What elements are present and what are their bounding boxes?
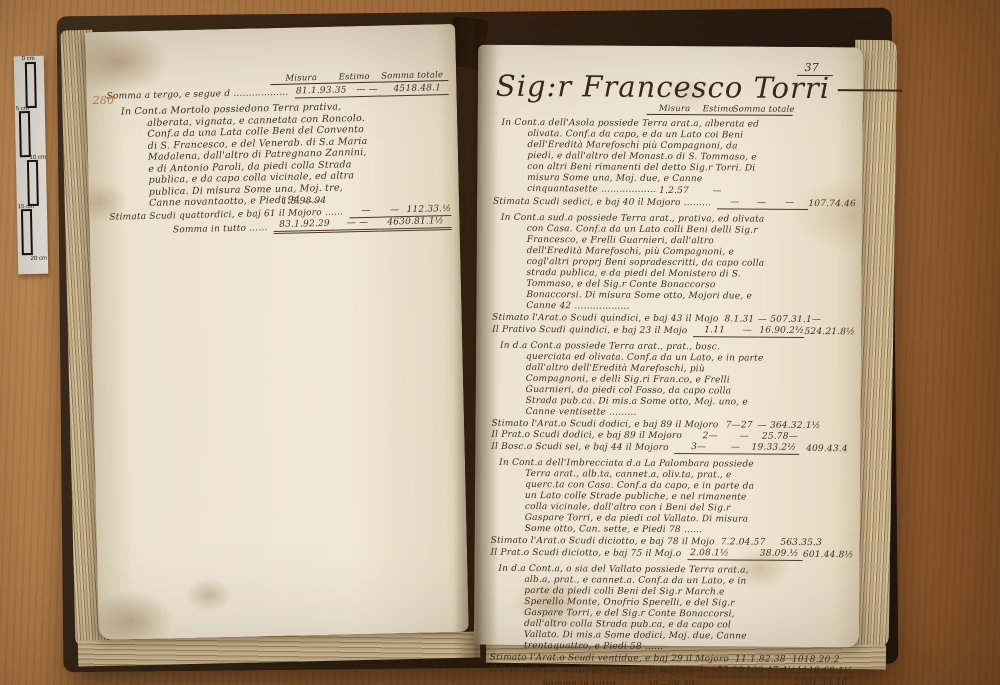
column-estimo: Estimo — [332, 72, 376, 84]
column-estimo: Estimo — [703, 104, 733, 115]
left-folio-number: 280 — [93, 94, 115, 107]
row-label: Stimato l'Arat.o Scudi ventidue, e baj 2… — [490, 653, 735, 666]
left-page: 280 Misura Estimo Somma totale Somma a t… — [85, 24, 469, 640]
total-value: 1118.68.1½ — [796, 666, 853, 678]
misura-value: 7—27 — [724, 420, 754, 431]
somma-value: 25.78— — [756, 432, 804, 443]
misura-value: 39—68.30 — [643, 680, 699, 685]
row-label: Stimato l'Arat.o Scudi diciotto, e baj 7… — [491, 536, 721, 549]
value-row: Il Bosc.o Scudi sei, e baj 44 il Mojoro … — [491, 441, 854, 456]
ruler-label: 10 cm — [29, 155, 45, 161]
total-value: 409.43.4 — [800, 444, 855, 455]
ruler-label: 0 cm — [22, 56, 35, 62]
somma-value: — — [729, 680, 789, 685]
misura-value: 2— — [688, 431, 732, 442]
column-spacer — [494, 114, 647, 115]
column-somma-totale: Somma totale — [733, 104, 793, 115]
misura-value: — — [717, 197, 752, 209]
total-value: 601.44.8½ — [803, 550, 854, 561]
value-row: Il Prat.o Scudi diciotto, e baj 75 il Mo… — [491, 547, 854, 562]
estimo-value: — — [736, 325, 759, 337]
row-label: Somma in tutto …… — [490, 679, 643, 685]
value-row: Il Prat.o Scudi ventidue, e baj 22 il Mo… — [490, 664, 853, 679]
right-page: 37 Sig:r Francesco Torri Misura Estimo S… — [474, 45, 863, 648]
carryover-somma: 4518.48.1 — [386, 83, 449, 96]
column-somma-totale: Somma totale — [376, 70, 448, 83]
estimo-value: — — [383, 205, 407, 218]
misura-value: 7.2.04.57 — [721, 537, 766, 548]
somma-value: 19.33.2½ — [748, 443, 799, 455]
ruler-segment — [27, 160, 39, 206]
carryover-label: Somma a tergo, e segue d ……………… — [107, 88, 295, 103]
estimo-value: — — [723, 442, 749, 454]
ruler-label: 20 cm — [31, 256, 47, 262]
misura-value: 11.1.82.38 — [735, 654, 786, 665]
row-label: Il Prat.o Scudi ventidue, e baj 22 il Mo… — [490, 665, 699, 677]
value-row: Stimata Scudi sedici, e baj 40 il Mojoro… — [493, 196, 856, 211]
somma-value: 100.47.4½ — [746, 666, 797, 678]
total-value: 2701.53.16 — [789, 678, 853, 685]
ruler-segment — [19, 111, 31, 157]
misura-value: 83.1.92.29 — [273, 218, 335, 233]
row-label: Stimato l'Arat.o Scudi quindici, e baj 4… — [492, 313, 724, 326]
somma-value: 38.09.½ — [755, 549, 803, 561]
somma-value: — — [771, 198, 809, 210]
entry-text: In Cont.a sud.a possiede Terra arat., pr… — [500, 213, 765, 314]
column-misura: Misura — [270, 73, 332, 85]
somma-value: 4630.81.1½ — [379, 216, 451, 232]
value-row: Il Prativo Scudi quindici, e baj 23 il M… — [492, 324, 855, 339]
value-row: Somma in tutto …… 39—68.30 — — 2701.53.1… — [490, 676, 853, 685]
ruler-segment — [25, 62, 37, 108]
estimo-value: — — — [335, 217, 379, 232]
misura-value: 8.1.31 — [724, 314, 754, 325]
open-ledger-book: 280 Misura Estimo Somma totale Somma a t… — [52, 6, 897, 672]
somma-value: 1018.20.2 — [792, 655, 840, 666]
ruler-segment — [21, 209, 33, 255]
ledger-entry: In Cont.a dell'Asola possiede Terra arat… — [493, 118, 857, 211]
misura-value: 3— — [675, 442, 723, 454]
somma-value: 507.31.1— — [770, 315, 821, 326]
somma-value: 112.33.½ — [406, 204, 451, 217]
entry-text: In d.a Cont.a possiede Terra arat., prat… — [499, 341, 764, 420]
entry-text: In d.a Cont.a, o sia del Vallato possied… — [498, 564, 763, 654]
misura-value: — — [349, 205, 383, 218]
ledger-entry: In Cont.a dell'Imbrecciata d.a La Palomb… — [491, 458, 855, 562]
estimo-value: — — [702, 186, 732, 197]
misura-value: 1.3.98.94 — [273, 195, 335, 207]
row-label: Il Prativo Scudi quindici, e baj 23 il M… — [492, 325, 693, 337]
misura-value: 1.—52.20 — [699, 665, 744, 677]
row-label: Il Prat.o Scudi dodici, e baj 89 il Mojo… — [491, 430, 688, 442]
scale-ruler: 0 cm 5 cm 10 cm 15 cm 20 cm — [14, 56, 49, 275]
carryover-estimo: — — — [348, 84, 386, 97]
ledger-entry: In d.a Cont.a, o sia del Vallato possied… — [490, 564, 854, 685]
estimo-value: — — [754, 421, 770, 432]
estimo-value: — — [754, 315, 770, 326]
left-entry-text: In Cont.a Mortolo possiedono Terra prati… — [121, 101, 369, 210]
somma-value: 563.35.3 — [780, 538, 822, 549]
row-label: Somma in tutto …… — [110, 223, 274, 238]
ledger-entry: In Cont.a sud.a possiede Terra arat., pr… — [492, 213, 856, 339]
estimo-value: — — [752, 198, 771, 210]
manuscript-photo: 280 Misura Estimo Somma totale Somma a t… — [0, 0, 1000, 685]
right-folio-number: 37 — [796, 61, 833, 76]
estimo-value: — — [699, 680, 729, 685]
carryover-misura: 81.1.93.35 — [294, 85, 348, 98]
somma-value: 16.90.2½ — [759, 326, 805, 338]
ruler-label: 15 cm — [18, 204, 34, 210]
column-misura: Misura — [647, 104, 703, 115]
estimo-value — [732, 559, 756, 560]
total-value: 107.74.46 — [808, 199, 856, 210]
misura-value: 2.08.1½ — [687, 548, 731, 560]
somma-value: 364.32.1½ — [770, 421, 821, 432]
row-label: Il Bosc.o Scudi sei, e baj 44 il Mojoro — [491, 442, 675, 454]
row-label: Stimata Scudi sedici, e baj 40 il Mojoro… — [493, 197, 717, 210]
ruler-label: 5 cm — [16, 106, 29, 112]
ledger-entry: In d.a Cont.a possiede Terra arat., prat… — [491, 341, 855, 456]
total-value: 524.21.8½ — [804, 327, 855, 338]
entry-text: In Cont.a dell'Asola possiede Terra arat… — [501, 118, 766, 197]
estimo-value: — — [732, 431, 756, 442]
row-label: Il Prat.o Scudi diciotto, e baj 75 il Mo… — [491, 548, 688, 560]
misura-value: 1.11 — [693, 325, 736, 337]
misura-value: 1.2.57 — [646, 186, 702, 197]
entry-text: In Cont.a dell'Imbrecciata d.a La Palomb… — [499, 458, 764, 537]
